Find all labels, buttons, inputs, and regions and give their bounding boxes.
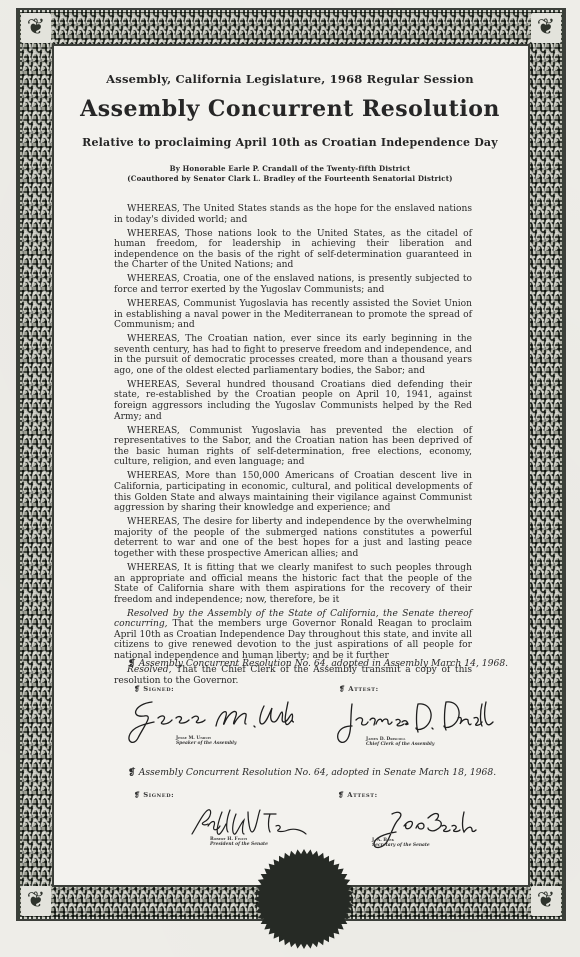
resolution-body: WHEREAS, The United States stands as the… <box>114 204 472 690</box>
pilcrow-icon: ❡ <box>128 767 136 778</box>
senate-adoption-text: Assembly Concurrent Resolution No. 64, a… <box>139 767 496 778</box>
whereas-clause: WHEREAS, Communist Yugoslavia has recent… <box>114 299 472 331</box>
attest-label-text: Attest: <box>348 685 378 693</box>
whereas-clause: WHEREAS, Those nations look to the Unite… <box>114 229 472 271</box>
corner-ornament-icon: ❦ <box>21 13 51 43</box>
senate-adoption-note: ❡Assembly Concurrent Resolution No. 64, … <box>128 767 496 778</box>
whereas-clause: WHEREAS, The Croatian nation, ever since… <box>114 334 472 376</box>
pilcrow-icon: ❡ <box>339 685 345 693</box>
whereas-clause: WHEREAS, It is fitting that we clearly m… <box>114 563 472 605</box>
session-heading: Assembly, California Legislature, 1968 R… <box>52 72 528 86</box>
resolved-clause: Resolved by the Assembly of the State of… <box>114 609 472 662</box>
pilcrow-icon: ❡ <box>338 791 344 799</box>
seal-starburst <box>254 848 354 950</box>
attest-label-text: Attest: <box>347 791 377 799</box>
signer-title: President of the Senate <box>210 842 268 847</box>
pilcrow-icon: ❡ <box>128 658 136 669</box>
embossed-seal-icon <box>254 848 354 950</box>
signer-finch-caption: Robert H. Finch President of the Senate <box>210 837 268 848</box>
signer-unruh-caption: Jesse M. Unruh Speaker of the Assembly <box>176 736 237 747</box>
document-title: Assembly Concurrent Resolution <box>52 96 528 122</box>
whereas-clause: WHEREAS, Several hundred thousand Croati… <box>114 380 472 422</box>
signed-label-text: Signed: <box>143 791 174 799</box>
senate-attest-label: ❡Attest: <box>338 791 378 799</box>
assembly-attest-label: ❡Attest: <box>339 685 379 693</box>
assembly-signed-label: ❡Signed: <box>134 685 174 693</box>
signed-label-text: Signed: <box>143 685 174 693</box>
document-subtitle: Relative to proclaiming April 10th as Cr… <box>52 136 528 149</box>
senate-signed-label: ❡Signed: <box>134 791 174 799</box>
whereas-clause: WHEREAS, Communist Yugoslavia has preven… <box>114 426 472 468</box>
signer-beek-caption: J. A. Beek Secretary of the Senate <box>372 838 430 849</box>
resolution-content: Assembly, California Legislature, 1968 R… <box>52 44 528 887</box>
pilcrow-icon: ❡ <box>134 791 140 799</box>
assembly-adoption-note: ❡Assembly Concurrent Resolution No. 64, … <box>128 658 508 669</box>
corner-ornament-icon: ❦ <box>531 886 561 916</box>
author-line: By Honorable Earle P. Crandall of the Tw… <box>52 164 528 174</box>
signer-driscoll-caption: James D. Driscoll Chief Clerk of the Ass… <box>366 737 434 748</box>
whereas-clause: WHEREAS, The desire for liberty and inde… <box>114 517 472 559</box>
signer-title: Speaker of the Assembly <box>176 741 237 746</box>
signer-title: Secretary of the Senate <box>372 843 430 848</box>
authorship: By Honorable Earle P. Crandall of the Tw… <box>52 164 528 184</box>
whereas-clause: WHEREAS, Croatia, one of the enslaved na… <box>114 274 472 295</box>
whereas-clause: WHEREAS, More than 150,000 Americans of … <box>114 471 472 513</box>
pilcrow-icon: ❡ <box>134 685 140 693</box>
corner-ornament-icon: ❦ <box>21 886 51 916</box>
whereas-clause: WHEREAS, The United States stands as the… <box>114 204 472 225</box>
resolved-text: That the members urge Governor Ronald Re… <box>114 619 472 661</box>
coauthor-line: (Coauthored by Senator Clark L. Bradley … <box>52 174 528 184</box>
assembly-adoption-text: Assembly Concurrent Resolution No. 64, a… <box>139 658 508 669</box>
corner-ornament-icon: ❦ <box>531 13 561 43</box>
signer-title: Chief Clerk of the Assembly <box>366 742 434 747</box>
